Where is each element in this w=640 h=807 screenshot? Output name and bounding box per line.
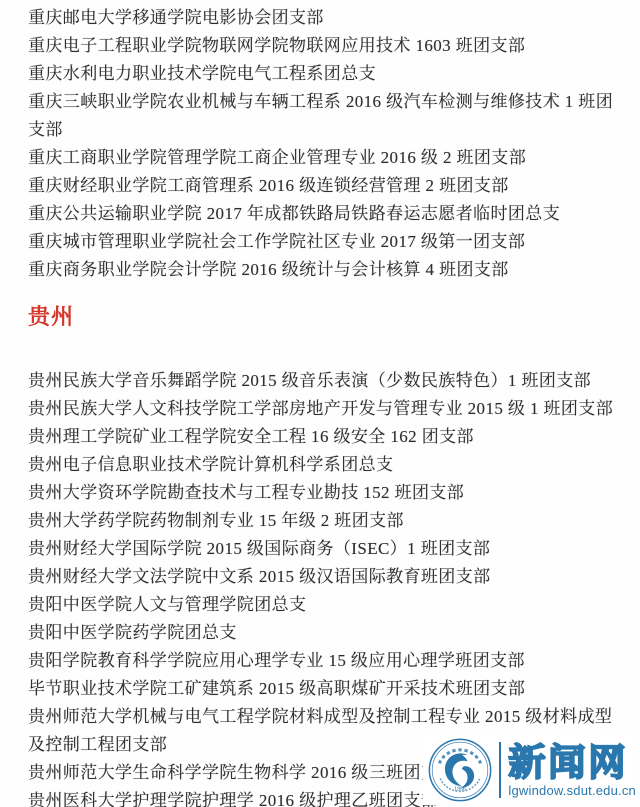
watermark-divider xyxy=(499,742,501,798)
list-item: 贵州大学资环学院勘查技术与工程专业勘技 152 班团支部 xyxy=(28,479,614,507)
list-item: 重庆财经职业学院工商管理系 2016 级连锁经营管理 2 班团支部 xyxy=(28,172,614,200)
list-item: 贵州民族大学人文科技学院工学部房地产开发与管理专业 2015 级 1 班团支部 xyxy=(28,395,614,423)
seal-year-text: 1956 xyxy=(455,786,467,792)
list-item: 毕节职业技术学院工矿建筑系 2015 级高职煤矿开采技术班团支部 xyxy=(28,675,614,703)
list-item: 贵阳中医学院人文与管理学院团总支 xyxy=(28,591,614,619)
document-page: 重庆邮电大学移通学院电影协会团支部重庆电子工程职业学院物联网学院物联网应用技术 … xyxy=(0,0,640,807)
list-item: 重庆城市管理职业学院社会工作学院社区专业 2017 级第一团支部 xyxy=(28,228,614,256)
site-url-text: lgwindow.sdut.edu.cn xyxy=(508,783,636,798)
list-item: 重庆公共运输职业学院 2017 年成都铁路局铁路春运志愿者临时团总支 xyxy=(28,200,614,228)
watermark-text-block: 新闻网 lgwindow.sdut.edu.cn xyxy=(508,743,636,798)
section-header-guizhou-list: 贵州 xyxy=(28,302,614,332)
list-item: 重庆电子工程职业学院物联网学院物联网应用技术 1603 班团支部 xyxy=(28,32,614,60)
document-body: 重庆邮电大学移通学院电影协会团支部重庆电子工程职业学院物联网学院物联网应用技术 … xyxy=(28,4,614,807)
list-item: 贵州财经大学文法学院中文系 2015 级汉语国际教育班团支部 xyxy=(28,563,614,591)
list-item: 重庆三峡职业学院农业机械与车辆工程系 2016 级汽车检测与维修技术 1 班团 … xyxy=(28,88,614,144)
list-item: 重庆工商职业学院管理学院工商企业管理专业 2016 级 2 班团支部 xyxy=(28,144,614,172)
list-item: 贵阳学院教育科学学院应用心理学专业 15 级应用心理学班团支部 xyxy=(28,647,614,675)
list-item: 贵州理工学院矿业工程学院安全工程 16 级安全 162 团支部 xyxy=(28,423,614,451)
list-item: 贵州民族大学音乐舞蹈学院 2015 级音乐表演（少数民族特色）1 班团支部 xyxy=(28,367,614,395)
list-item: 贵阳中医学院药学院团总支 xyxy=(28,619,614,647)
list-item: 贵州大学药学院药物制剂专业 15 年级 2 班团支部 xyxy=(28,507,614,535)
list-item: 重庆邮电大学移通学院电影协会团支部 xyxy=(28,4,614,32)
site-name-wordmark: 新闻网 xyxy=(508,743,636,783)
list-item: 重庆水利电力职业技术学院电气工程系团总支 xyxy=(28,60,614,88)
list-item: 贵州财经大学国际学院 2015 级国际商务（ISEC）1 班团支部 xyxy=(28,535,614,563)
list-item: 重庆商务职业学院会计学院 2016 级统计与会计核算 4 班团支部 xyxy=(28,256,614,284)
list-item: 贵州电子信息职业技术学院计算机科学系团总支 xyxy=(28,451,614,479)
site-watermark: 1956 新闻网 lgwindow.sdut.edu.cn xyxy=(423,735,638,805)
university-seal-icon: 1956 xyxy=(427,737,493,803)
